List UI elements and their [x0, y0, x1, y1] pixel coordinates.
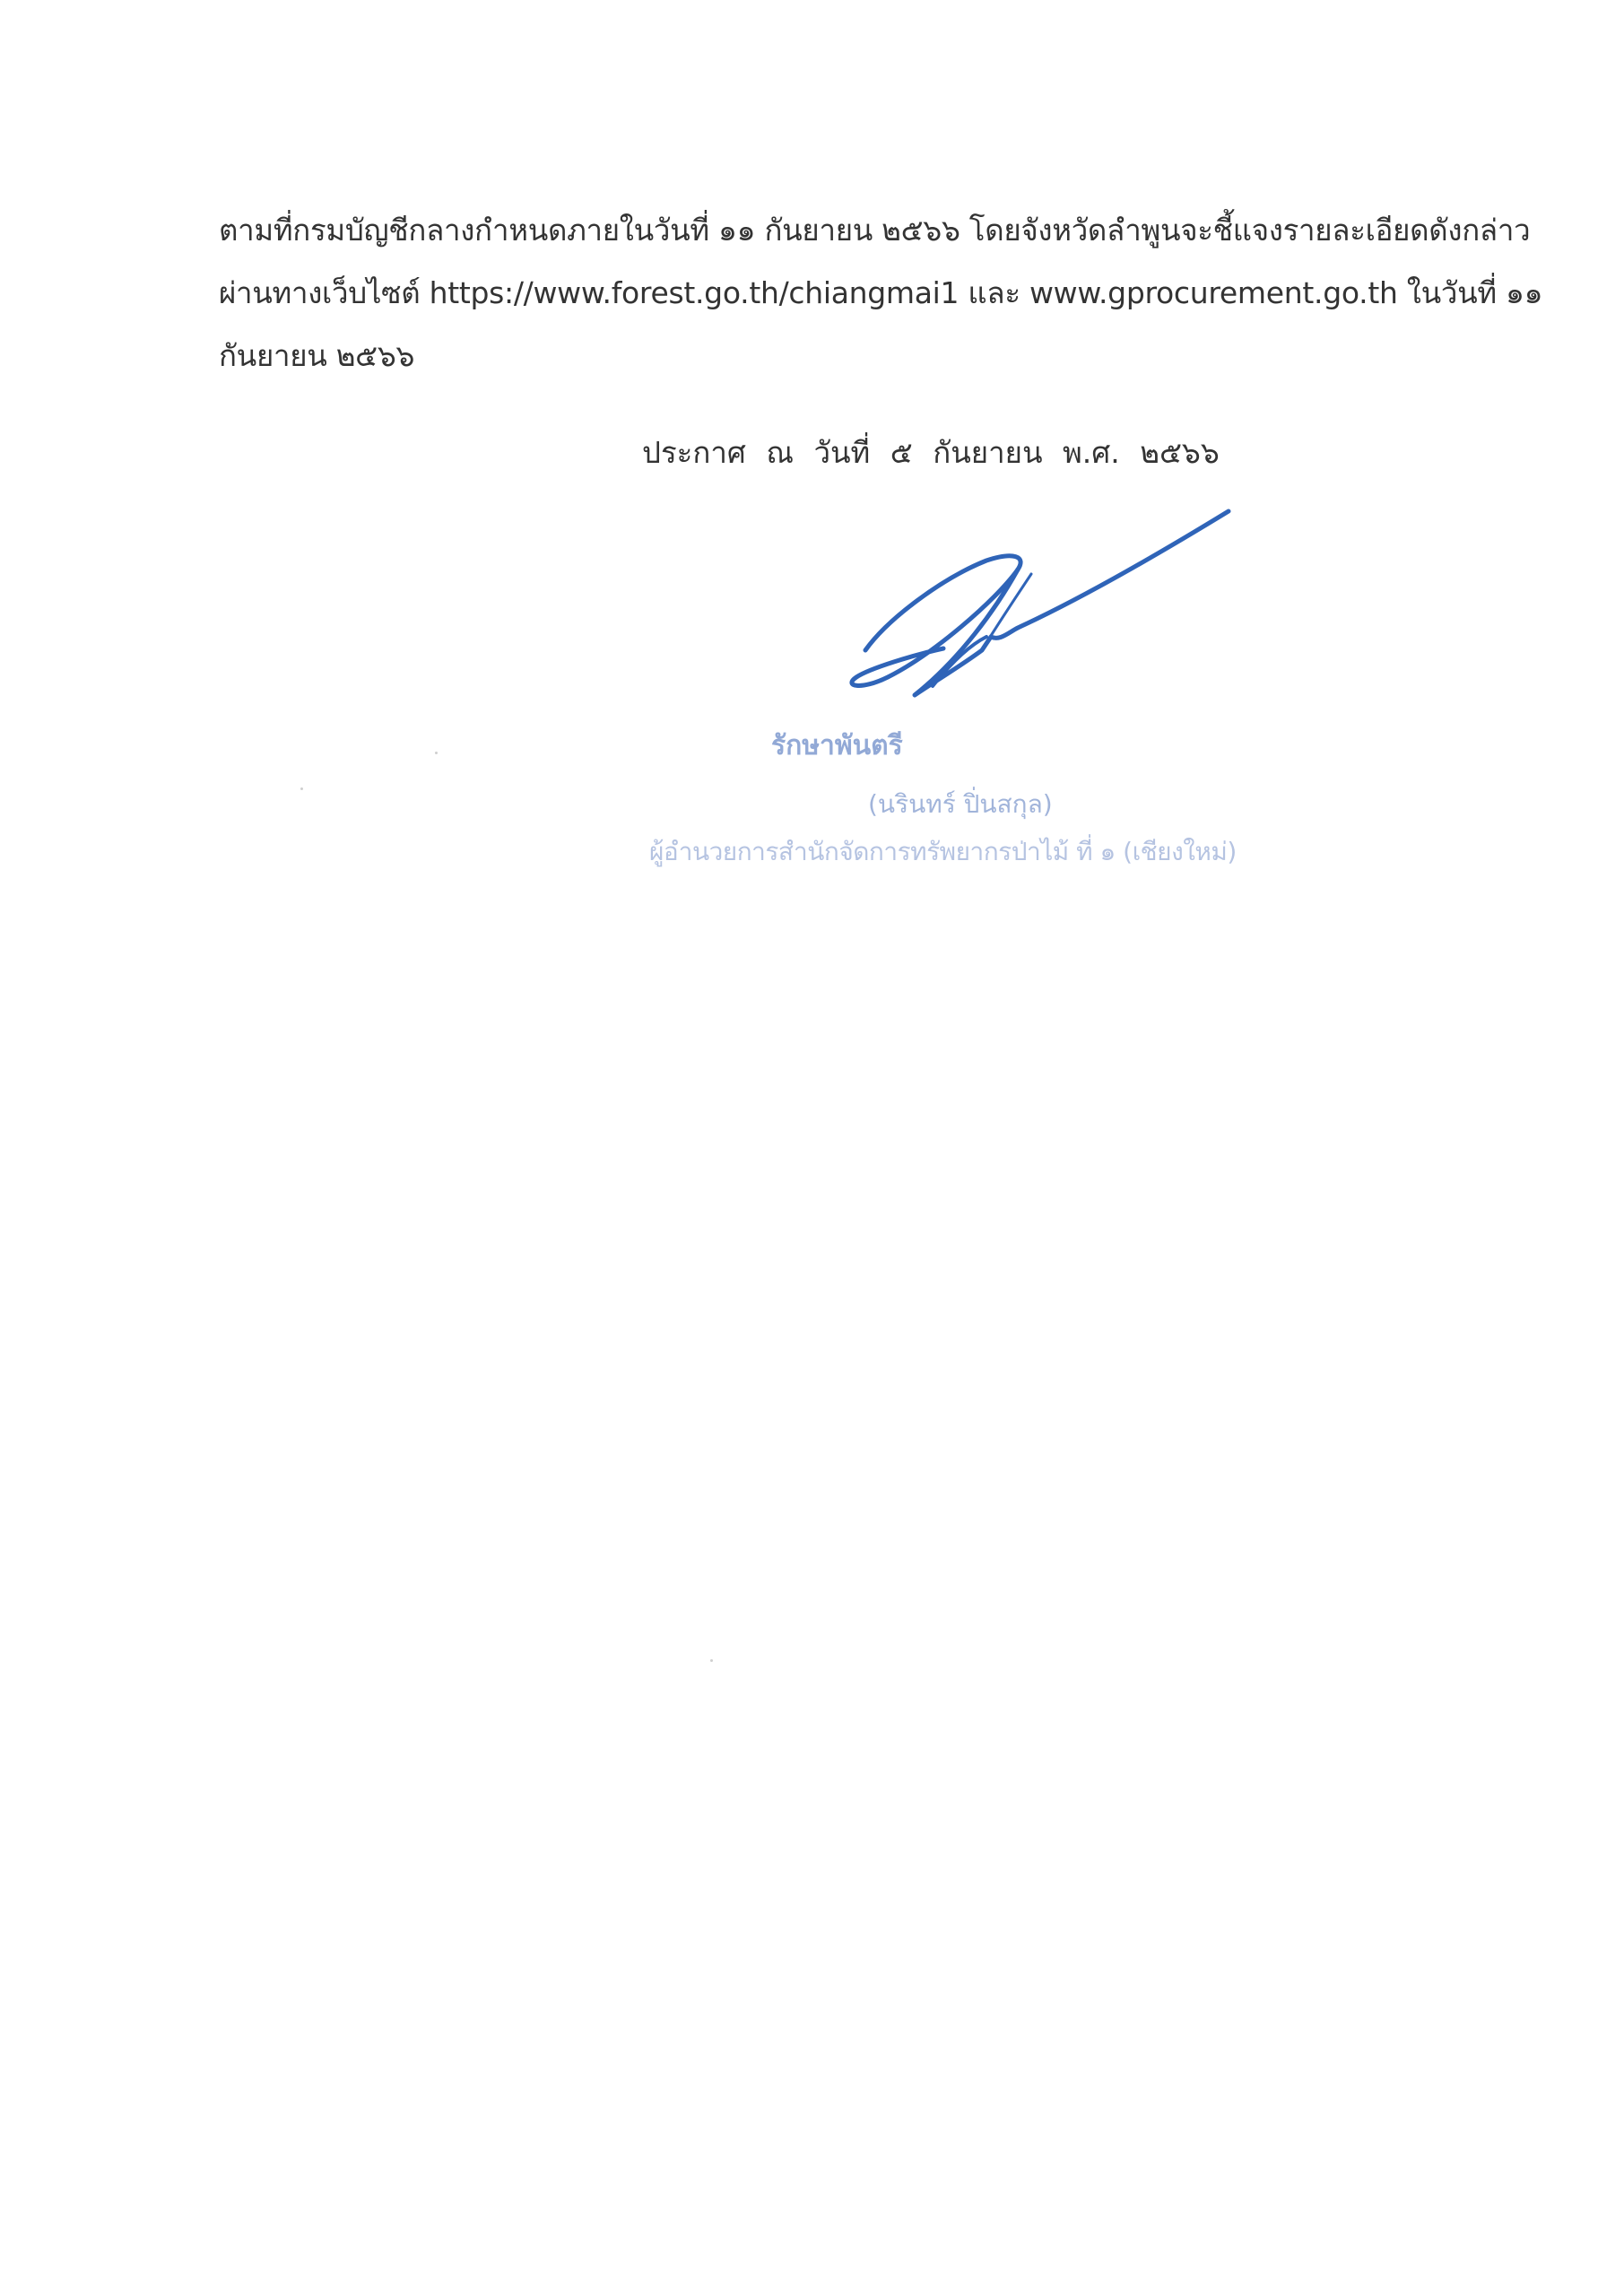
paragraph-line-with-links: ผ่านทางเว็บไซต์ https://www.forest.go.th…	[219, 262, 1456, 325]
paragraph-line: ตามที่กรมบัญชีกลางกำหนดภายในวันที่ ๑๑ กั…	[219, 199, 1456, 262]
scan-speck	[710, 1659, 713, 1662]
body-paragraph: ตามที่กรมบัญชีกลางกำหนดภายในวันที่ ๑๑ กั…	[219, 199, 1456, 387]
certification-stamp: รักษาพันตรี	[771, 725, 903, 767]
scan-speck	[435, 752, 438, 754]
handwritten-signature	[807, 484, 1255, 709]
scan-speck	[300, 787, 303, 790]
signer-name: (นรินทร์ ปิ่นสกุล)	[868, 785, 1053, 824]
signer-title: ผู้อำนวยการสำนักจัดการทรัพยากรป่าไม้ ที่…	[649, 832, 1237, 872]
announcement-date: ประกาศ ณ วันที่ ๕ กันยายน พ.ศ. ๒๕๖๖	[642, 429, 1220, 476]
paragraph-line: กันยายน ๒๕๖๖	[219, 325, 1456, 387]
